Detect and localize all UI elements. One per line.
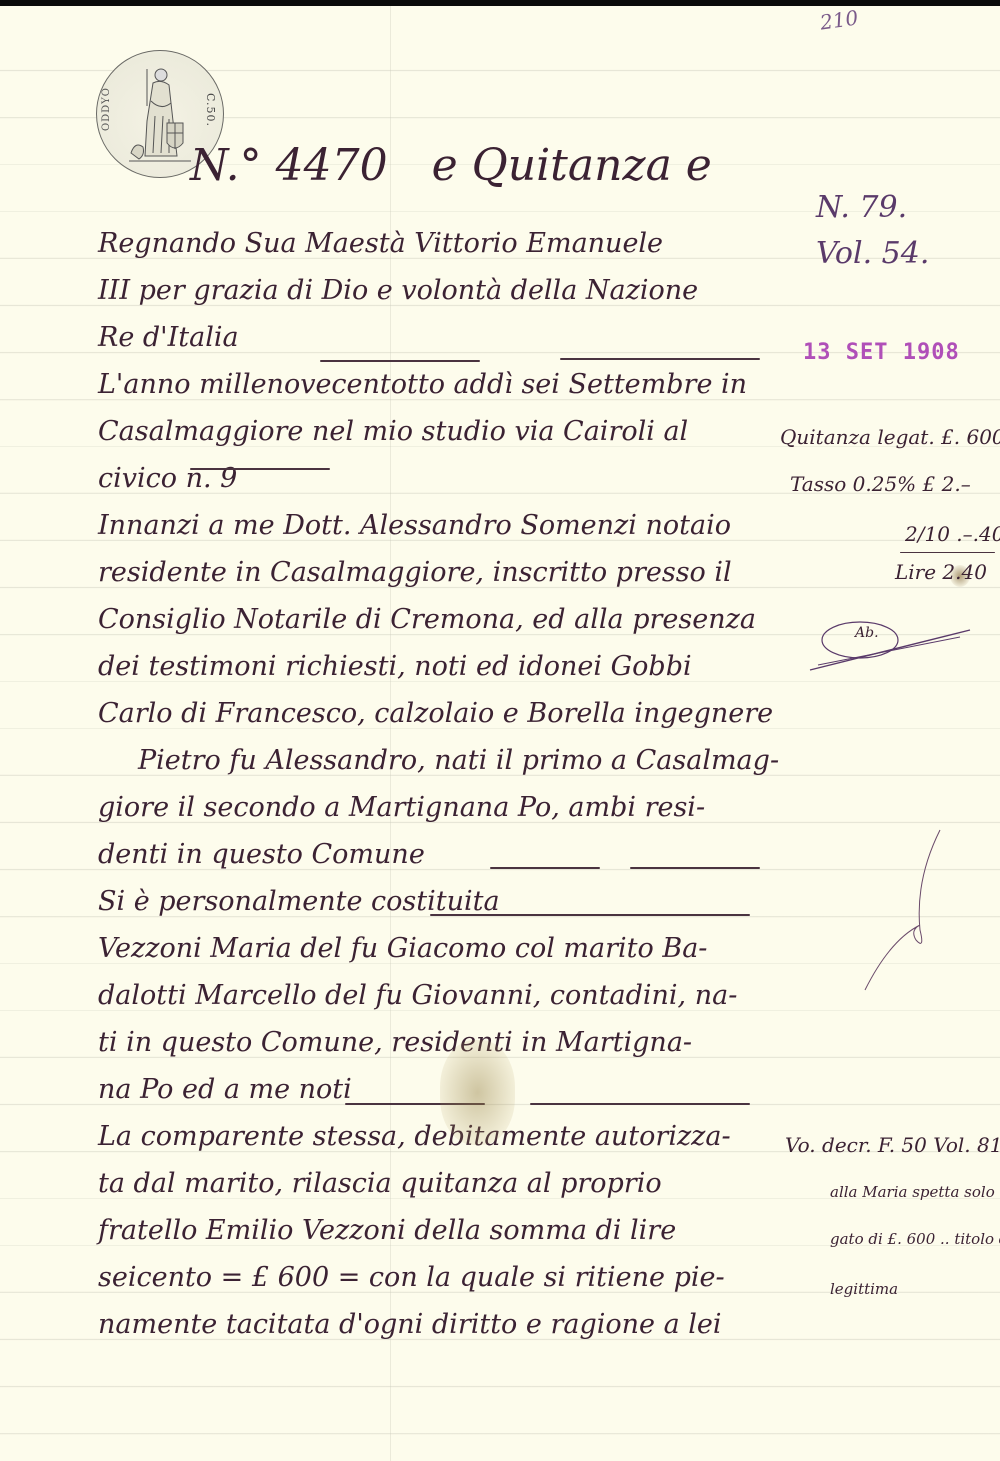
body-line: Innanzi a me Dott. Alessandro Somenzi no… <box>98 502 778 549</box>
body-line: La comparente stessa, debitamente autori… <box>98 1113 778 1160</box>
filler-rule <box>630 867 760 869</box>
stamp-left-text: ODDYO <box>101 87 112 131</box>
body-line: ti in questo Comune, residenti in Martig… <box>98 1019 778 1066</box>
filler-rule <box>530 1103 750 1105</box>
body-line: na Po ed a me noti <box>98 1066 778 1113</box>
body-line: Consiglio Notarile di Cremona, ed alla p… <box>98 596 778 643</box>
body-line: Regnando Sua Maestà Vittorio Emanuele <box>98 220 778 267</box>
margin-flourish <box>860 820 980 1000</box>
deed-body: Regnando Sua Maestà Vittorio Emanuele II… <box>98 220 778 1348</box>
body-line: Si è personalmente costituita <box>98 878 778 925</box>
margin-tax-line: Quitanza legat. £. 600. <box>780 425 1000 449</box>
registration-number: N. 79. <box>816 190 907 225</box>
body-line: Vezzoni Maria del fu Giacomo col marito … <box>98 925 778 972</box>
deed-title: e Quitanza e <box>432 140 712 191</box>
body-line: seicento = £ 600 = con la quale si ritie… <box>98 1254 778 1301</box>
body-line: civico n. 9 <box>98 455 778 502</box>
margin-note-line: Vo. decr. F. 50 Vol. 81 <box>785 1133 1000 1157</box>
body-line: L'anno millenovecentotto addì sei Settem… <box>98 361 778 408</box>
body-line: fratello Emilio Vezzoni della somma di l… <box>98 1207 778 1254</box>
stamp-value: C.50. <box>204 93 217 127</box>
body-line: III per grazia di Dio e volontà della Na… <box>98 267 778 314</box>
notary-initials: Ab. <box>855 625 879 641</box>
body-line: dei testimoni richiesti, noti ed idonei … <box>98 643 778 690</box>
margin-note-line: gato di £. 600 .. titolo di <box>830 1230 1000 1248</box>
filler-rule <box>560 358 760 360</box>
registration-date-stamp: 13 SET 1908 <box>803 340 960 365</box>
body-line: Carlo di Francesco, calzolaio e Borella … <box>98 690 778 737</box>
body-line: Pietro fu Alessandro, nati il primo a Ca… <box>98 737 778 784</box>
margin-tax-total: Lire 2.40 <box>895 560 987 584</box>
italia-figure-icon <box>125 61 195 173</box>
body-line: Casalmaggiore nel mio studio via Cairoli… <box>98 408 778 455</box>
water-stain <box>440 1040 515 1145</box>
deed-number: N.° 4470 <box>190 140 388 191</box>
body-line: giore il secondo a Martignana Po, ambi r… <box>98 784 778 831</box>
margin-note-line: alla Maria spetta solo un le- <box>830 1183 1000 1201</box>
document-heading: N.° 4470 e Quitanza e <box>190 140 712 191</box>
filler-rule <box>490 867 600 869</box>
notary-initials-flourish <box>800 615 980 675</box>
margin-tax-line: Tasso 0.25% £ 2.– <box>790 472 971 496</box>
body-line: dalotti Marcello del fu Giovanni, contad… <box>98 972 778 1019</box>
body-line: residente in Casalmaggiore, inscritto pr… <box>98 549 778 596</box>
sum-rule <box>900 552 995 553</box>
body-line: ta dal marito, rilascia quitanza al prop… <box>98 1160 778 1207</box>
body-line: namente tacitata d'ogni diritto e ragion… <box>98 1301 778 1348</box>
filler-rule <box>320 360 480 362</box>
filler-rule <box>430 914 750 916</box>
registration-volume: Vol. 54. <box>816 236 929 271</box>
margin-note-line: legittima <box>830 1280 898 1298</box>
filler-rule <box>190 468 330 470</box>
body-line: Re d'Italia <box>98 314 778 361</box>
margin-tax-line: 2/10 .–.40 <box>905 522 1000 546</box>
body-line: denti in questo Comune <box>98 831 778 878</box>
